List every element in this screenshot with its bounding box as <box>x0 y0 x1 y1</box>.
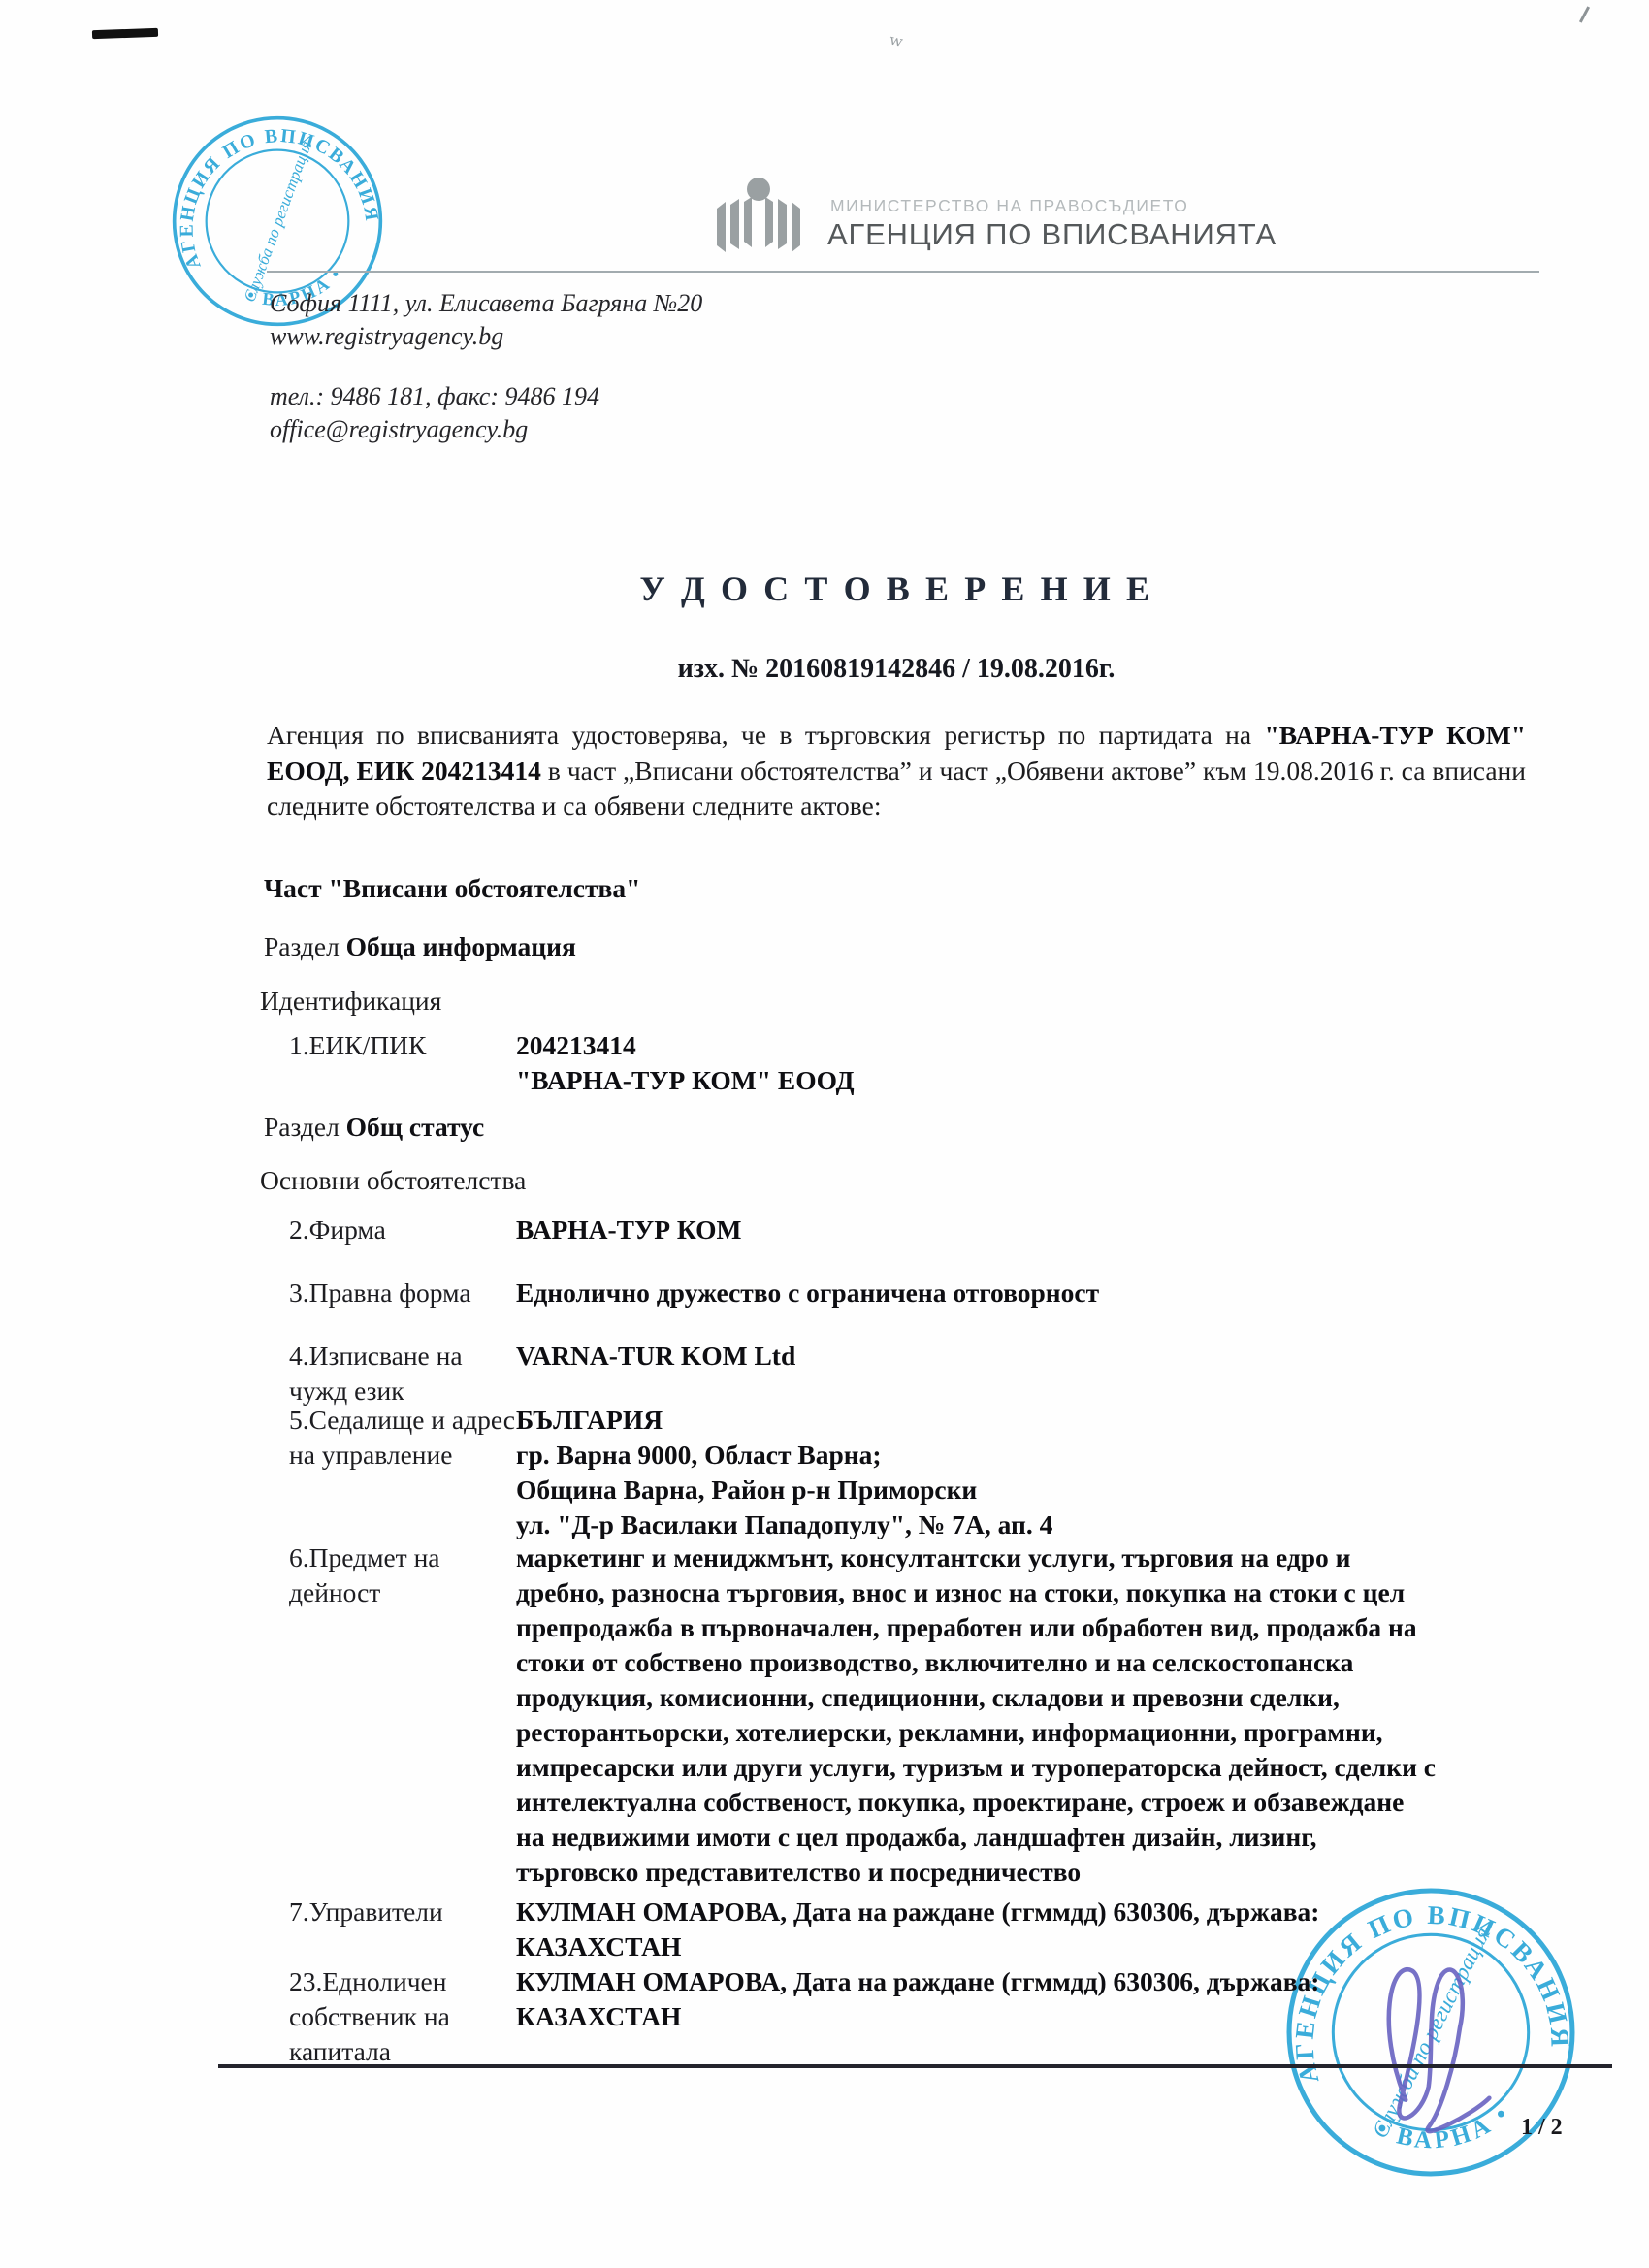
field-value: КУЛМАН ОМАРОВА, Дата на раждане (ггммдд)… <box>516 1895 1533 1964</box>
header-divider-rule <box>267 271 1539 273</box>
document-title: У Д О С Т О В Е Р Е Н И Е <box>267 568 1526 609</box>
agency-address: София 1111, ул. Елисавета Багряна №20 ww… <box>270 287 702 353</box>
field-label: 5.Седалище и адрес на управление <box>289 1403 516 1542</box>
field-label: 7.Управители <box>289 1895 516 1964</box>
footer-divider-rule <box>218 2064 1612 2068</box>
section-general-status: Раздел Общ статус <box>264 1112 484 1143</box>
field-row-company: 2.Фирма ВАРНА-ТУР КОМ <box>289 1213 1533 1247</box>
section-prefix: Раздел <box>264 1112 346 1142</box>
field-label: 6.Предмет на дейност <box>289 1540 516 1890</box>
certificate-document-page: ʷ АГЕНЦИЯ ПО ВПИСВАНИЯТА • ВАРНА • Служб… <box>0 0 1649 2268</box>
stamp-inner-text: Служба по регистрация <box>240 138 315 304</box>
agency-contacts: тел.: 9486 181, факс: 9486 194 office@re… <box>270 380 599 446</box>
field-value: ВАРНА-ТУР КОМ <box>516 1213 1533 1247</box>
part-header: Част "Вписани обстоятелства" <box>264 873 640 904</box>
field-value: VARNA-TUR KOM Ltd <box>516 1339 1533 1409</box>
section-general-info: Раздел Обща информация <box>264 931 576 962</box>
document-ref-number: изх. № 20160819142846 / 19.08.2016г. <box>267 654 1526 685</box>
group-identification: Идентификация <box>260 986 441 1017</box>
field-row-foreign-spelling: 4.Изписване на чужд език VARNA-TUR KOM L… <box>289 1339 1533 1409</box>
section-name: Обща информация <box>346 931 576 961</box>
field-value: маркетинг и мениджмънт, консултантски ус… <box>516 1540 1533 1890</box>
field-value: Еднолично дружество с ограничена отговор… <box>516 1276 1533 1311</box>
scan-artifact-tick <box>1579 6 1590 22</box>
section-name: Общ статус <box>346 1112 485 1142</box>
agency-logo-icon <box>716 177 813 261</box>
group-main-circumstances: Основни обстоятелства <box>260 1165 526 1196</box>
field-row-scope-of-activity: 6.Предмет на дейност маркетинг и мениджм… <box>289 1540 1533 1890</box>
field-row-managers: 7.Управители КУЛМАН ОМАРОВА, Дата на раж… <box>289 1895 1533 1964</box>
field-label: 2.Фирма <box>289 1213 516 1247</box>
field-row-legal-form: 3.Правна форма Еднолично дружество с огр… <box>289 1276 1533 1311</box>
page-indicator: 1 / 2 <box>1521 2115 1563 2141</box>
section-prefix: Раздел <box>264 931 346 961</box>
field-value: БЪЛГАРИЯ гр. Варна 9000, Област Варна; О… <box>516 1403 1533 1542</box>
field-label: 1.ЕИК/ПИК <box>289 1028 516 1098</box>
intro-run-1: Агенция по вписванията удостоверява, че … <box>267 720 1264 750</box>
intro-paragraph: Агенция по вписванията удостоверява, че … <box>267 718 1526 825</box>
field-row-seat-address: 5.Седалище и адрес на управление БЪЛГАРИ… <box>289 1403 1533 1542</box>
field-row-sole-owner: 23.Едноличен собственик на капитала КУЛМ… <box>289 1964 1533 2069</box>
agency-name: АГЕНЦИЯ ПО ВПИСВАНИЯТА <box>827 217 1277 252</box>
field-value: КУЛМАН ОМАРОВА, Дата на раждане (ггммдд)… <box>516 1964 1533 2069</box>
scan-artifact-curl: ʷ <box>886 30 904 57</box>
scan-artifact-dash <box>92 28 158 39</box>
ministry-name: МИНИСТЕРСТВО НА ПРАВОСЪДИЕТО <box>830 196 1189 216</box>
field-value: 204213414 "ВАРНА-ТУР КОМ" ЕООД <box>516 1028 1533 1098</box>
field-row-eik: 1.ЕИК/ПИК 204213414 "ВАРНА-ТУР КОМ" ЕООД <box>289 1028 1533 1098</box>
field-label: 4.Изписване на чужд език <box>289 1339 516 1409</box>
field-label: 3.Правна форма <box>289 1276 516 1311</box>
field-label: 23.Едноличен собственик на капитала <box>289 1964 516 2069</box>
